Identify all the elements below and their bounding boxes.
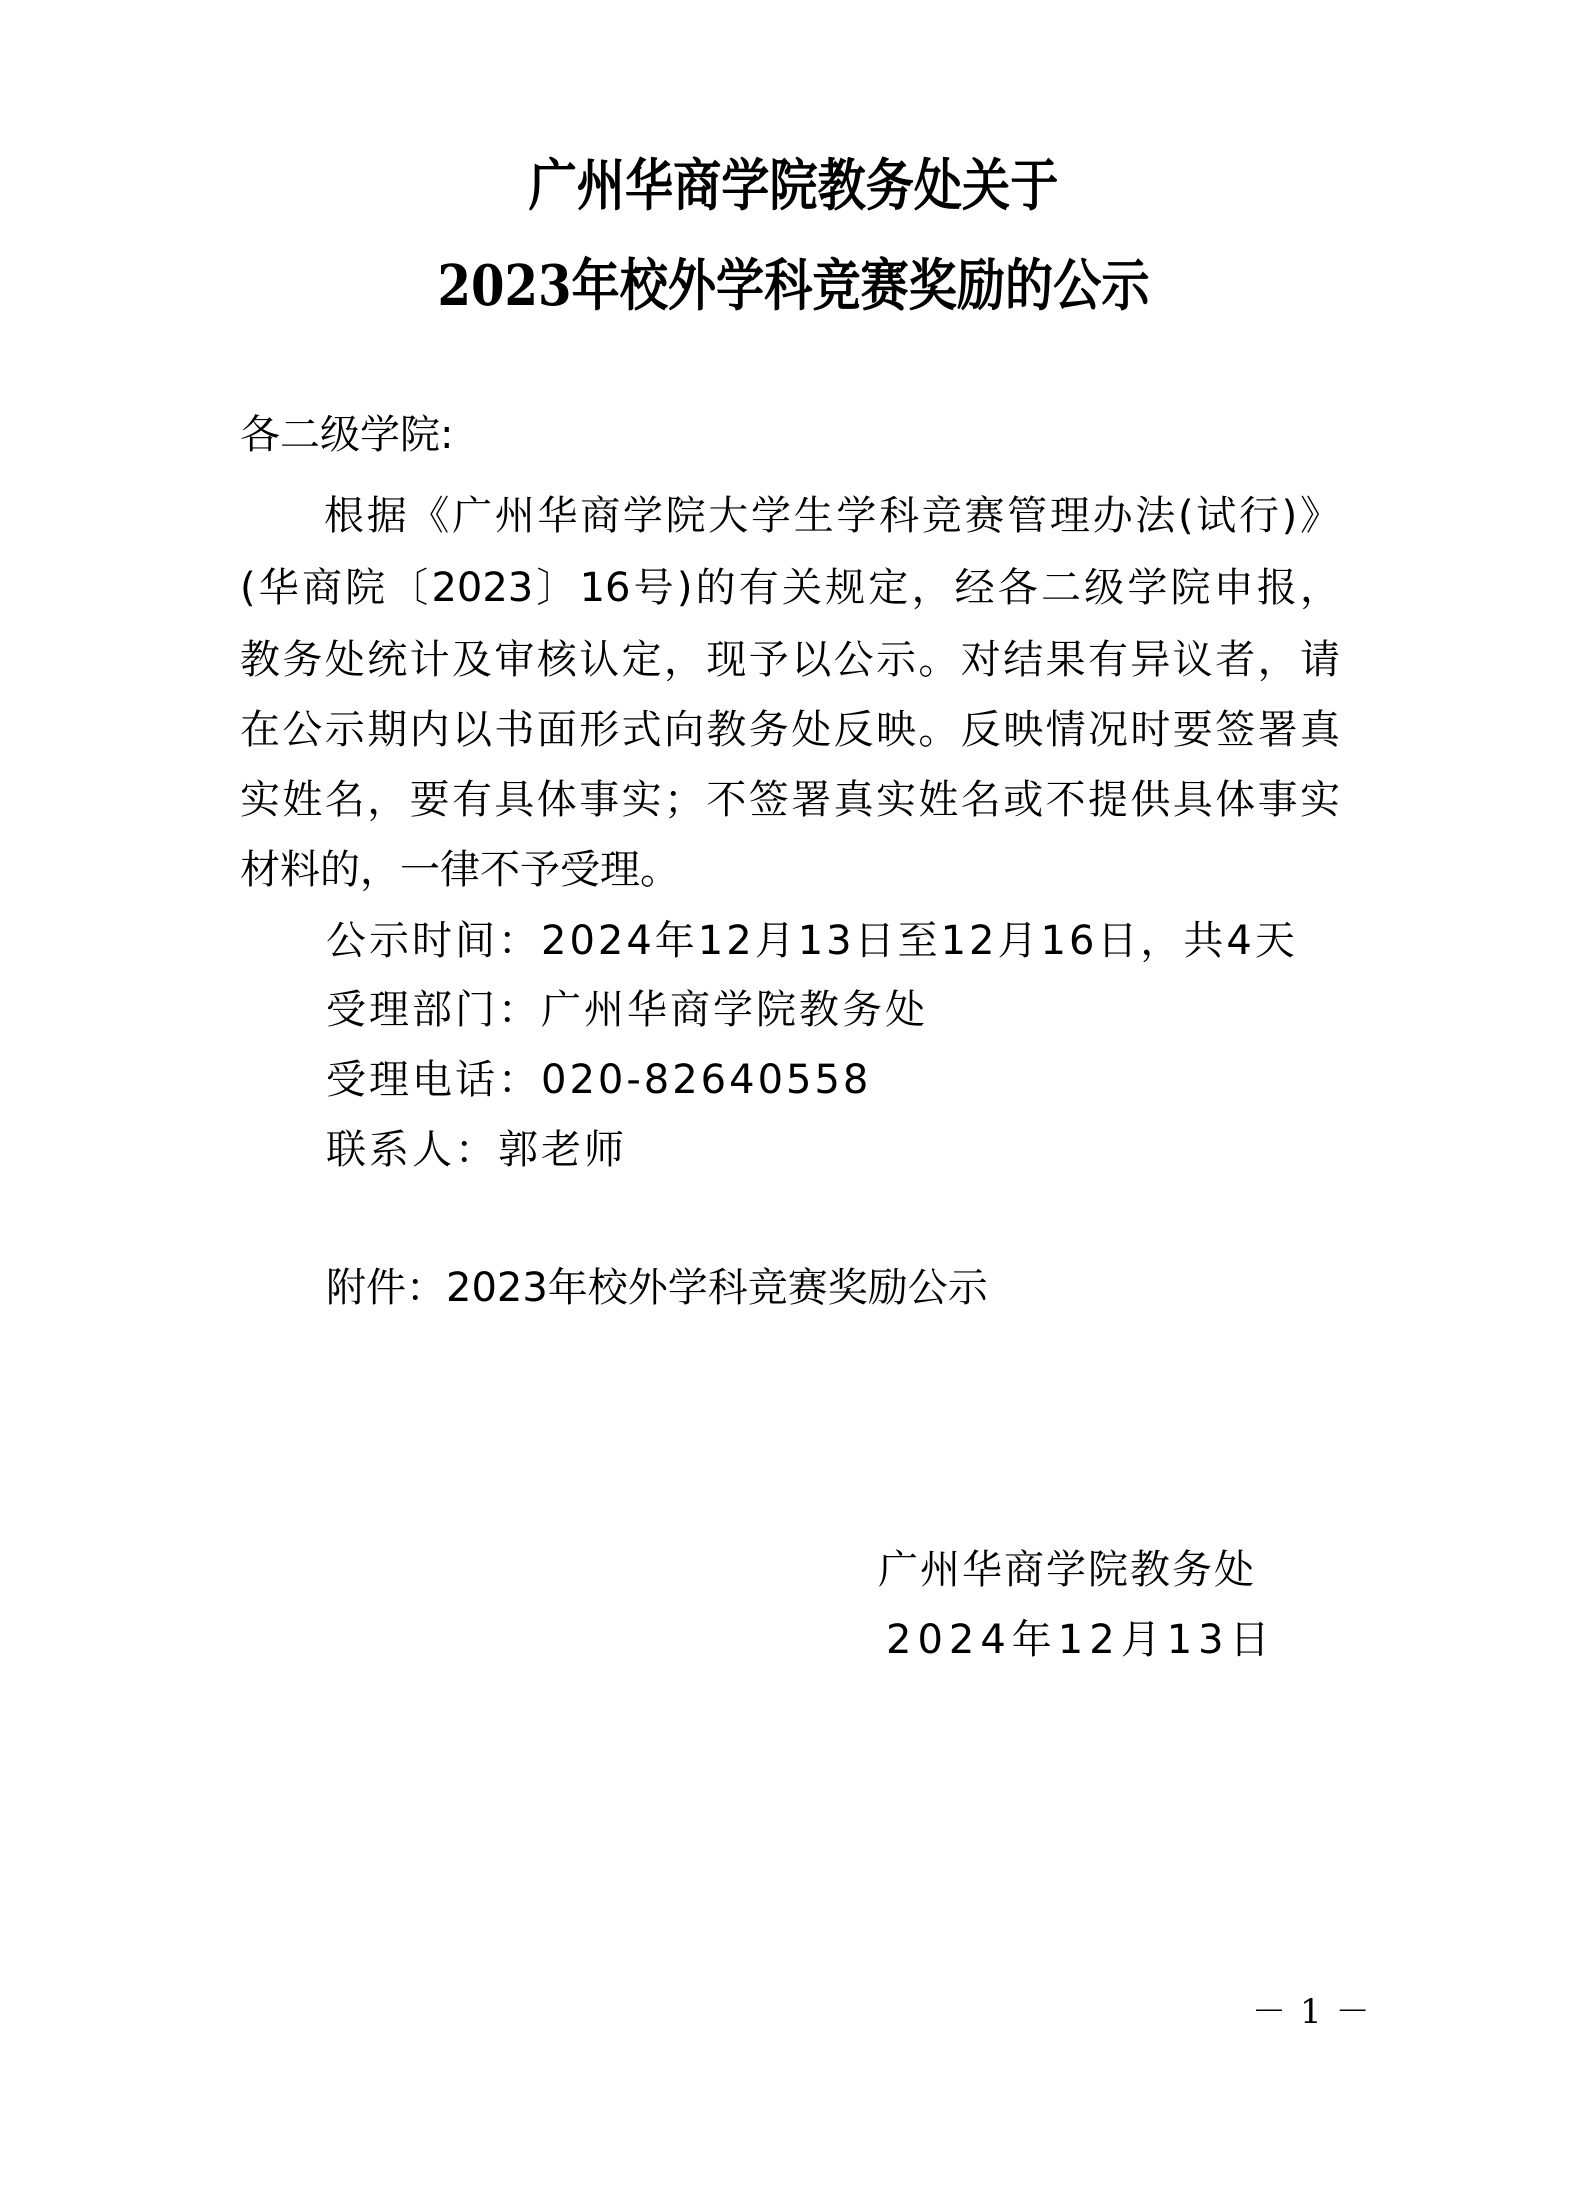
attachment-note: 附件：2023年校外学科竞赛奖励公示 (326, 1268, 988, 1308)
notice-period: 公示时间：2024年12月13日至12月16日，共4天 (326, 921, 1298, 961)
paragraph-line-text: 根据《广州华商学院大学生学科竞赛管理办法(试行)》 (324, 496, 1340, 536)
receiving-department: 受理部门：广州华商学院教务处 (326, 990, 928, 1030)
signature-date: 2024年12月13日 (886, 1620, 1276, 1660)
page-number: －1－ (1252, 1995, 1384, 2029)
contact-person: 联系人：郭老师 (326, 1130, 627, 1170)
paragraph-line: 实姓名，要有具体事实；不签署真实姓名或不提供具体事实 (240, 780, 1340, 820)
paragraph-line: 材料的，一律不予受理。 (240, 850, 680, 890)
paragraph-line: 根据《广州华商学院大学生学科竞赛管理办法(试行)》 (324, 496, 1340, 536)
document-title-line-1: 广州华商学院教务处关于 (111, 158, 1476, 214)
paragraph-line: 教务处统计及审核认定，现予以公示。对结果有异议者，请 (240, 640, 1340, 680)
paragraph-line-text: (华商院〔2023〕16号)的有关规定，经各二级学院申报， (240, 568, 1340, 608)
paragraph-line-text: 在公示期内以书面形式向教务处反映。反映情况时要签署真 (240, 710, 1340, 750)
document-page: 广州华商学院教务处关于 2023年校外学科竞赛奖励的公示 各二级学院: 根据《广… (0, 0, 1587, 2199)
receiving-phone: 受理电话：020-82640558 (326, 1060, 871, 1100)
paragraph-line: 在公示期内以书面形式向教务处反映。反映情况时要签署真 (240, 710, 1340, 750)
signature-organization: 广州华商学院教务处 (878, 1550, 1256, 1590)
paragraph-line-text: 实姓名，要有具体事实；不签署真实姓名或不提供具体事实 (240, 780, 1340, 820)
salutation: 各二级学院: (240, 415, 453, 455)
paragraph-line-text: 教务处统计及审核认定，现予以公示。对结果有异议者，请 (240, 640, 1340, 680)
paragraph-line: (华商院〔2023〕16号)的有关规定，经各二级学院申报， (240, 568, 1340, 608)
document-title-line-2: 2023年校外学科竞赛奖励的公示 (111, 258, 1476, 314)
